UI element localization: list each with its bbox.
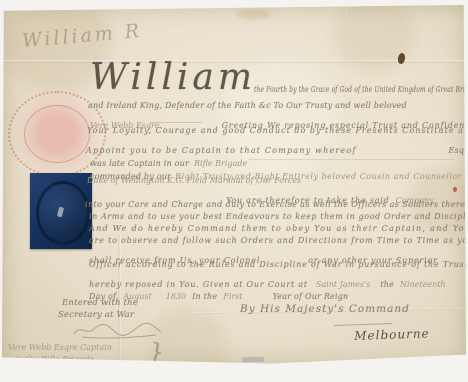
red-ink-dot bbox=[453, 187, 457, 192]
body-line-13: are to observe and follow such Orders an… bbox=[89, 236, 468, 245]
the-word: the bbox=[380, 280, 394, 289]
body-line-12: And We do hereby Command them to obey Yo… bbox=[89, 224, 468, 233]
stamp-emboss-circle bbox=[36, 181, 90, 245]
body-line-4: Your Loyalty, Courage and good Conduct d… bbox=[87, 126, 468, 135]
body-line-8: Duke of Wellington K.G. Field Marshal of… bbox=[87, 176, 301, 185]
reign-label: Year of Our Reign bbox=[273, 292, 349, 301]
docket-line-2: in the Rifle Brigade bbox=[15, 355, 94, 364]
body-line-2: and Ireland King, Defender of the Faith … bbox=[88, 101, 407, 110]
blue-duty-stamp bbox=[30, 173, 92, 249]
body-line-15: Officer according to the Rules and Disci… bbox=[89, 260, 468, 269]
blank-rule bbox=[248, 159, 454, 160]
body-line-10: into your Care and Charge and duly to Ex… bbox=[85, 200, 468, 209]
docket-brace: } bbox=[148, 339, 165, 368]
entered-note-line-1: Entered with the bbox=[62, 298, 138, 308]
command-signature: Melbourne bbox=[354, 326, 430, 343]
body-line-1: the Fourth by the Grace of God of the Un… bbox=[254, 85, 468, 94]
commission-document: William R William the Fourth by the Grac… bbox=[2, 5, 466, 366]
in-the-label: In the bbox=[192, 292, 217, 301]
red-seal-inner-ring bbox=[24, 105, 90, 163]
regnal-ordinal: First bbox=[223, 292, 242, 301]
royal-sign-manual: William R bbox=[21, 20, 143, 52]
docket-line-1: Vere Webb Esqre Captain bbox=[8, 343, 112, 352]
command-note: By His Majesty's Command bbox=[240, 303, 410, 315]
day-ordinal: Nineteenth bbox=[400, 280, 446, 289]
body-line-11: in Arms and to use your best Endeavours … bbox=[89, 212, 468, 221]
blue-pencil-smudge bbox=[242, 357, 264, 362]
clerk-signature-icon bbox=[72, 321, 164, 339]
name-underline-rule bbox=[150, 122, 202, 123]
pencil-line bbox=[334, 323, 392, 326]
year-number: 1830 bbox=[166, 292, 186, 301]
ink-stain bbox=[397, 52, 406, 64]
document-title-word: William bbox=[90, 57, 256, 98]
esquire-label: Esqr bbox=[449, 146, 468, 155]
foxing-spot bbox=[237, 9, 271, 19]
entered-note-line-2: Secretary at War bbox=[58, 310, 134, 320]
photo-backdrop: William R William the Fourth by the Grac… bbox=[0, 0, 468, 382]
